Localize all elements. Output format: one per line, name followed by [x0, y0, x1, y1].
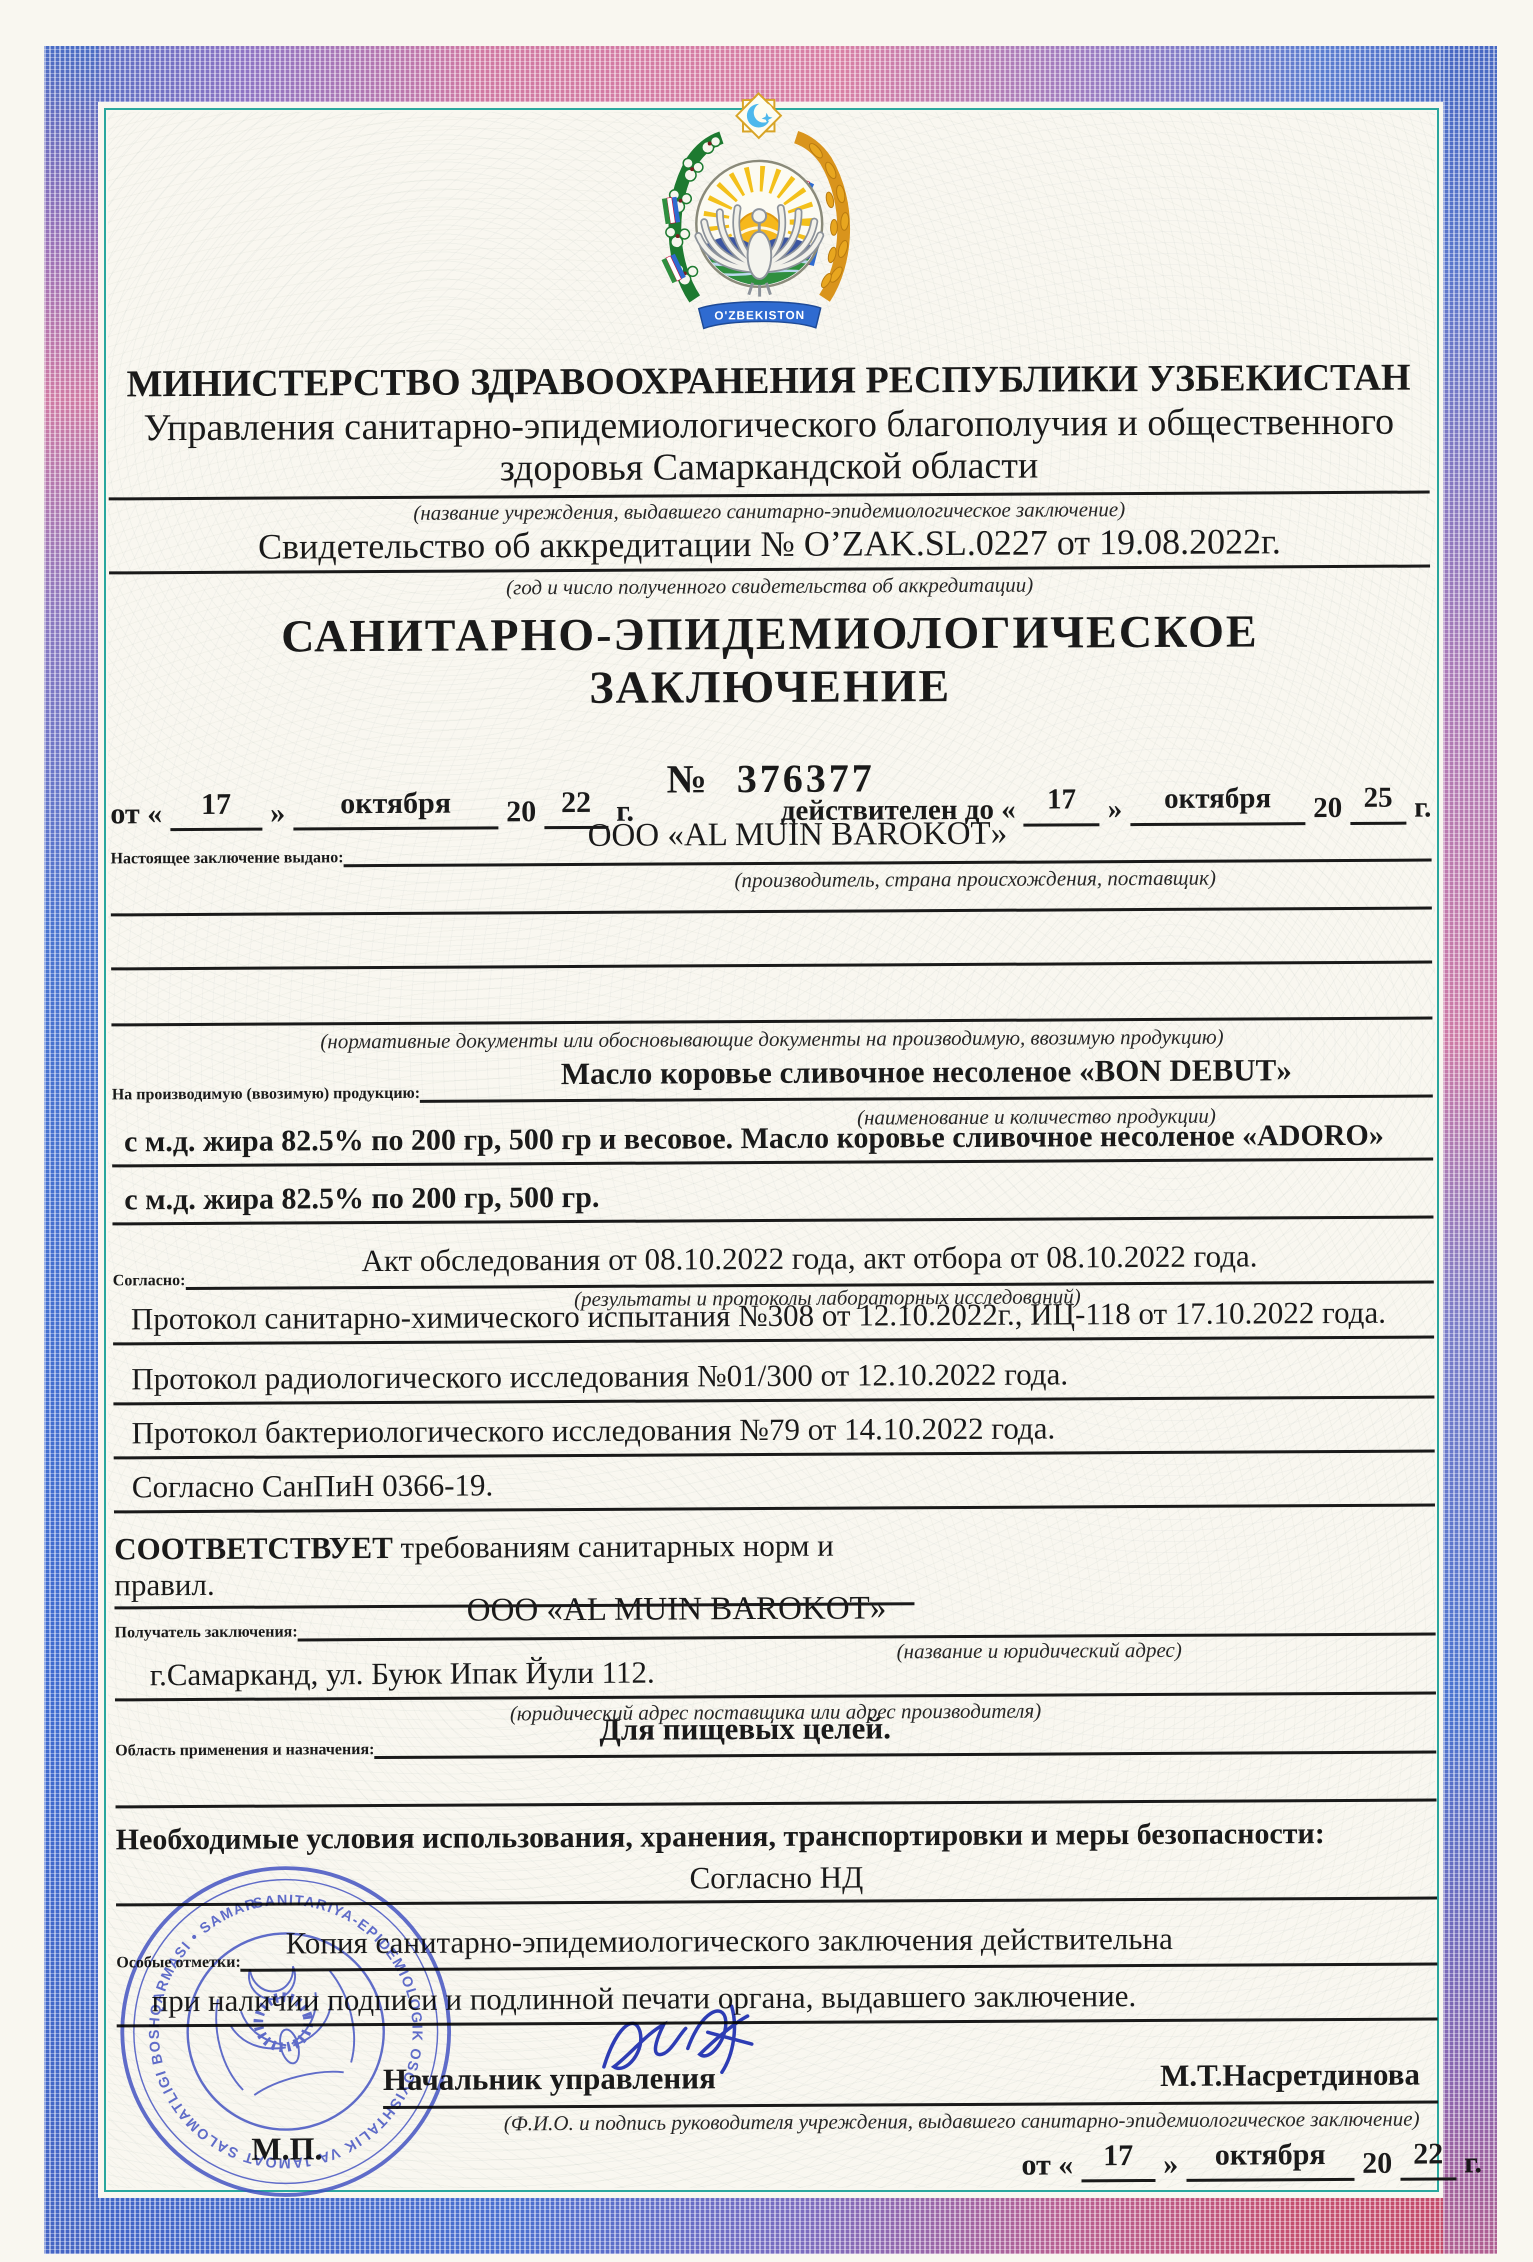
department-line2: здоровья Самаркандской области [108, 443, 1429, 494]
protocol-line: Протокол бактериологического исследовани… [113, 1409, 1434, 1460]
uzbekistan-emblem-icon: O'ZBEKISTON [641, 85, 878, 342]
accreditation-line: Свидетельство об аккредитации № O’ZAK.SL… [109, 521, 1430, 569]
sanpin-line: Согласно СанПиН 0366-19. [114, 1463, 1435, 1514]
footer-month: октября [1215, 2138, 1326, 2172]
footer-year: 22 [1413, 2137, 1443, 2170]
footer-date-label: от [1021, 2148, 1051, 2181]
issued-to-row: Настоящее заключение выдано: ООО «AL MUI… [110, 819, 1431, 869]
according-label: Согласно: [113, 1272, 186, 1290]
application-row: Область применения и назначения: Для пищ… [115, 1713, 1436, 1761]
signature-caption: (Ф.И.О. и подпись руководителя учреждени… [435, 2106, 1488, 2136]
issued-to-value: ООО «AL MUIN BAROKOT» [588, 815, 1188, 856]
blank-line [111, 961, 1432, 971]
according-value: Акт обследования от 08.10.2022 года, акт… [361, 1238, 1257, 1278]
application-value: Для пищевых целей. [599, 1709, 1211, 1748]
recipient-value: ООО «AL MUIN BAROKOT» [467, 1588, 1267, 1630]
product-row: На производимую (ввозимую) продукцию: Ма… [112, 1057, 1433, 1105]
footer-century: 20 [1362, 2146, 1392, 2181]
footer-day-blank: 17 [1081, 2144, 1155, 2182]
recipient-fill: ООО «AL MUIN BAROKOT» [297, 1593, 1435, 1642]
valid-month: октября [1164, 783, 1271, 815]
close-quote: » [1163, 2147, 1178, 2182]
protocol-line: Протокол радиологического исследования №… [113, 1355, 1434, 1406]
application-label: Область применения и назначения: [115, 1741, 374, 1760]
issue-day: 17 [201, 788, 231, 821]
application-fill: Для пищевых целей. [374, 1713, 1436, 1759]
document-title: САНИТАРНО-ЭПИДЕМИОЛОГИЧЕСКОЕ ЗАКЛЮЧЕНИЕ [109, 605, 1431, 718]
product-label: На производимую (ввозимую) продукцию: [112, 1084, 420, 1104]
valid-year: 25 [1364, 783, 1393, 815]
conformity-label: СООТВЕТСТВУЕТ [114, 1530, 393, 1566]
blank-line [116, 1799, 1437, 1809]
certificate-page: O'ZBEKISTON МИНИСТЕРСТВО ЗДРАВООХРАНЕНИЯ… [0, 0, 1533, 2262]
accreditation-caption: (год и число полученного свидетельства о… [109, 571, 1430, 602]
recipient-row: Получатель заключения: ООО «AL MUIN BARO… [114, 1593, 1435, 1643]
signature-ink [589, 1984, 770, 2105]
issued-to-caption: (производитель, страна происхождения, по… [519, 865, 1432, 894]
normative-caption: (нормативные документы или обосновывающи… [111, 1024, 1432, 1055]
product-value: Масло коровье сливочное несоленое «BON D… [561, 1052, 1292, 1091]
footer-month-blank: октября [1186, 2143, 1354, 2182]
footer-year-suffix: г. [1464, 2146, 1482, 2181]
issued-to-fill: ООО «AL MUIN BAROKOT» [343, 819, 1431, 868]
recipient-label: Получатель заключения: [115, 1623, 298, 1642]
signature-row: Начальник управления М.Т.Насретдинова [383, 2056, 1438, 2108]
open-quote: « [1058, 2148, 1073, 2181]
product-fill: Масло коровье сливочное несоленое «BON D… [420, 1057, 1433, 1103]
product-line2: с м.д. жира 82.5% по 200 гр, 500 гр и ве… [112, 1119, 1433, 1168]
recipient-address: г.Самарканд, ул. Буюк Ипак Йули 112. [115, 1651, 1436, 1702]
ministry-title: МИНИСТЕРСТВО ЗДРАВООХРАНЕНИЯ РЕСПУБЛИКИ … [108, 357, 1429, 408]
valid-day: 17 [1047, 784, 1076, 816]
issue-year: 22 [561, 786, 591, 819]
footer-year-blank: 22 [1400, 2142, 1456, 2180]
emblem-banner-text: O'ZBEKISTON [714, 308, 805, 322]
footer-day: 17 [1103, 2139, 1133, 2172]
protocol-line: Протокол санитарно-химического испытания… [113, 1295, 1434, 1346]
product-line3: с м.д. жира 82.5% по 200 гр, 500 гр. [112, 1177, 1433, 1226]
issue-month: октября [340, 787, 451, 821]
signer-name: М.Т.Насретдинова [1160, 2057, 1420, 2094]
issued-to-label: Настоящее заключение выдано: [111, 849, 344, 868]
footer-date: от « 17 » октября 20 22 г. [1021, 2142, 1482, 2182]
blank-line [111, 907, 1432, 917]
crescent-star-icon [736, 93, 781, 138]
